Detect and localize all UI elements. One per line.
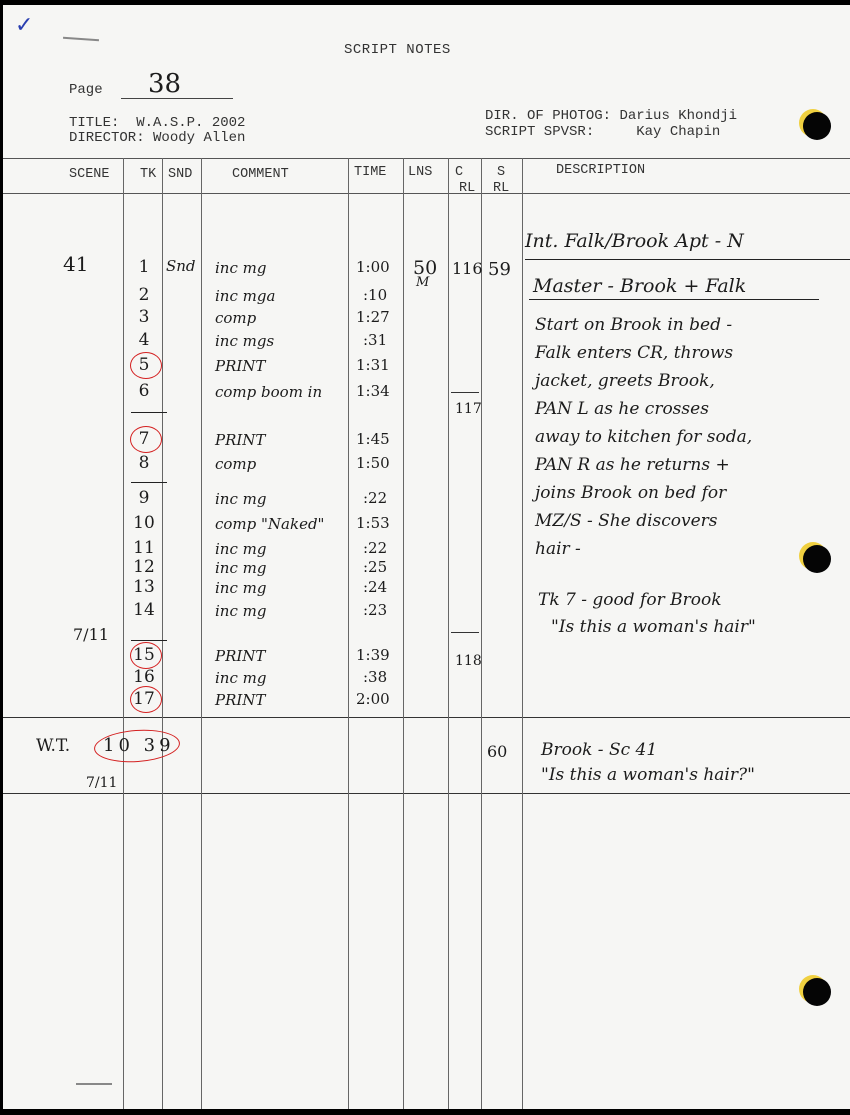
description-rule xyxy=(525,259,850,260)
take-time: :24 xyxy=(363,578,387,596)
supervisor-value: Kay Chapin xyxy=(636,124,720,140)
column-header-snd: SND xyxy=(168,167,192,183)
description-note: Tk 7 - good for Brook xyxy=(538,590,722,610)
title-value: W.A.S.P. 2002 xyxy=(136,115,245,131)
column-header-time: TIME xyxy=(354,165,386,181)
take-number: 13 xyxy=(125,577,163,597)
take-comment: comp xyxy=(215,309,256,327)
take-number: 1 xyxy=(125,257,163,277)
take-time: 1:39 xyxy=(356,646,390,664)
wild-track-take: 10 39 xyxy=(103,735,175,756)
wild-track-description: Brook - Sc 41 xyxy=(541,740,657,760)
column-divider xyxy=(123,158,124,1109)
description-line: PAN L as he crosses xyxy=(535,399,709,419)
director-value: Woody Allen xyxy=(153,130,245,146)
take-comment: inc mgs xyxy=(215,332,274,350)
wild-track-label: W.T. xyxy=(36,736,70,756)
print-circle xyxy=(130,352,162,379)
take-comment: inc mg xyxy=(215,559,266,577)
sound-roll: 59 xyxy=(488,259,511,280)
take-number: 3 xyxy=(125,307,163,327)
page-number: 38 xyxy=(148,69,181,99)
take-number: 12 xyxy=(125,557,163,577)
take-comment: inc mg xyxy=(215,490,266,508)
take-comment: inc mg xyxy=(215,540,266,558)
description-quote: "Is this a woman's hair" xyxy=(551,617,756,637)
take-comment: PRINT xyxy=(215,691,265,709)
wild-track-sound-roll: 60 xyxy=(487,742,507,761)
pen-mark xyxy=(63,37,99,42)
camera-roll: 117 xyxy=(455,401,482,417)
wild-track-quote: "Is this a woman's hair?" xyxy=(541,765,755,785)
scene-date: 7/11 xyxy=(73,625,109,644)
description-line: Falk enters CR, throws xyxy=(535,343,733,363)
take-number: 2 xyxy=(125,285,163,305)
checkmark-icon: ✓ xyxy=(15,13,33,38)
take-number: 11 xyxy=(125,538,163,558)
description-line: jacket, greets Brook, xyxy=(535,371,715,391)
column-divider xyxy=(201,158,202,1109)
s-rl-label-top: S xyxy=(497,165,509,181)
description-line: Start on Brook in bed - xyxy=(535,315,732,335)
description-line: away to kitchen for soda, xyxy=(535,427,752,447)
take-comment: comp boom in xyxy=(215,383,322,401)
column-divider xyxy=(403,158,404,1109)
take-time: 1:50 xyxy=(356,454,390,472)
script-notes-page: ✓ SCRIPT NOTES Page 38 TITLE: W.A.S.P. 2… xyxy=(3,5,850,1109)
document-title: SCRIPT NOTES xyxy=(344,42,451,58)
take-number: 16 xyxy=(125,667,163,687)
column-divider xyxy=(448,158,449,1109)
take-separator xyxy=(131,640,167,641)
take-time: :25 xyxy=(363,558,387,576)
page-label: Page xyxy=(69,82,103,99)
take-comment: inc mg xyxy=(215,669,266,687)
take-comment: PRINT xyxy=(215,431,265,449)
row-separator xyxy=(3,717,850,718)
take-comment: PRINT xyxy=(215,357,265,375)
camera-roll: 116 xyxy=(452,259,483,278)
roll-change-mark xyxy=(451,632,479,633)
description-line: hair - xyxy=(535,539,581,559)
take-separator xyxy=(131,412,167,413)
pen-mark xyxy=(76,1083,112,1085)
column-divider xyxy=(481,158,482,1109)
dop-value: Darius Khondji xyxy=(619,108,737,124)
take-number: 14 xyxy=(125,600,163,620)
take-time: :31 xyxy=(363,331,387,349)
column-divider xyxy=(522,158,523,1109)
scene-number: 41 xyxy=(63,252,88,276)
roll-change-mark xyxy=(451,392,479,393)
punch-hole-icon xyxy=(803,112,831,140)
take-comment: inc mga xyxy=(215,287,275,305)
punch-hole-icon xyxy=(803,545,831,573)
take-separator xyxy=(131,482,167,483)
dop-row: DIR. OF PHOTOG: Darius Khondji xyxy=(485,108,737,125)
take-time: 1:27 xyxy=(356,308,390,326)
take-number: 8 xyxy=(125,453,163,473)
take-time: :38 xyxy=(363,668,387,686)
supervisor-row: SCRIPT SPVSR: Kay Chapin xyxy=(485,124,720,141)
take-time: 1:31 xyxy=(356,356,390,374)
c-rl-label-bottom: RL xyxy=(459,181,475,197)
dop-label: DIR. OF PHOTOG: xyxy=(485,108,611,124)
take-comment: comp "Naked" xyxy=(215,515,324,533)
take-comment: PRINT xyxy=(215,647,265,665)
camera-roll: 118 xyxy=(455,653,482,669)
supervisor-label: SCRIPT SPVSR: xyxy=(485,124,594,140)
column-header-c-rl: C RL xyxy=(455,165,475,197)
sound-value: Snd xyxy=(166,257,196,275)
take-number: 4 xyxy=(125,330,163,350)
punch-hole-icon xyxy=(803,978,831,1006)
director-row: DIRECTOR: Woody Allen xyxy=(69,130,245,147)
take-time: 1:45 xyxy=(356,430,390,448)
header-bottom-rule xyxy=(3,193,850,194)
take-comment: inc mg xyxy=(215,259,266,277)
column-header-s-rl: S RL xyxy=(493,165,509,197)
column-header-description: DESCRIPTION xyxy=(556,163,645,179)
description-line: joins Brook on bed for xyxy=(535,483,726,503)
lines-sub: M xyxy=(416,275,429,290)
take-number: 6 xyxy=(125,381,163,401)
description-line: PAN R as he returns + xyxy=(535,455,730,475)
description-rule xyxy=(529,299,819,300)
print-circle xyxy=(130,426,162,453)
take-comment: comp xyxy=(215,455,256,473)
director-label: DIRECTOR: xyxy=(69,130,145,146)
row-separator xyxy=(3,793,850,794)
take-number: 9 xyxy=(125,488,163,508)
s-rl-label-bottom: RL xyxy=(493,181,509,197)
column-header-comment: COMMENT xyxy=(232,167,289,183)
c-rl-label-top: C xyxy=(455,165,475,181)
take-comment: inc mg xyxy=(215,602,266,620)
take-comment: inc mg xyxy=(215,579,266,597)
take-time: 1:53 xyxy=(356,514,390,532)
take-time: 1:00 xyxy=(356,258,390,276)
column-header-scene: SCENE xyxy=(69,167,110,183)
description-line: MZ/S - She discovers xyxy=(535,511,718,531)
print-circle xyxy=(130,686,162,713)
take-time: :10 xyxy=(363,286,387,304)
title-label: TITLE: xyxy=(69,115,119,131)
take-time: 1:34 xyxy=(356,382,390,400)
column-header-lns: LNS xyxy=(408,165,432,181)
column-divider xyxy=(348,158,349,1109)
take-time: :23 xyxy=(363,601,387,619)
take-time: :22 xyxy=(363,539,387,557)
take-number: 10 xyxy=(125,513,163,533)
take-time: 2:00 xyxy=(356,690,390,708)
take-time: :22 xyxy=(363,489,387,507)
print-circle xyxy=(130,642,162,669)
description-setting: Int. Falk/Brook Apt - N xyxy=(525,230,744,252)
column-header-tk: TK xyxy=(140,167,156,183)
wild-track-date: 7/11 xyxy=(86,775,117,791)
description-shot: Master - Brook + Falk xyxy=(533,275,746,297)
table-top-rule xyxy=(3,158,850,159)
